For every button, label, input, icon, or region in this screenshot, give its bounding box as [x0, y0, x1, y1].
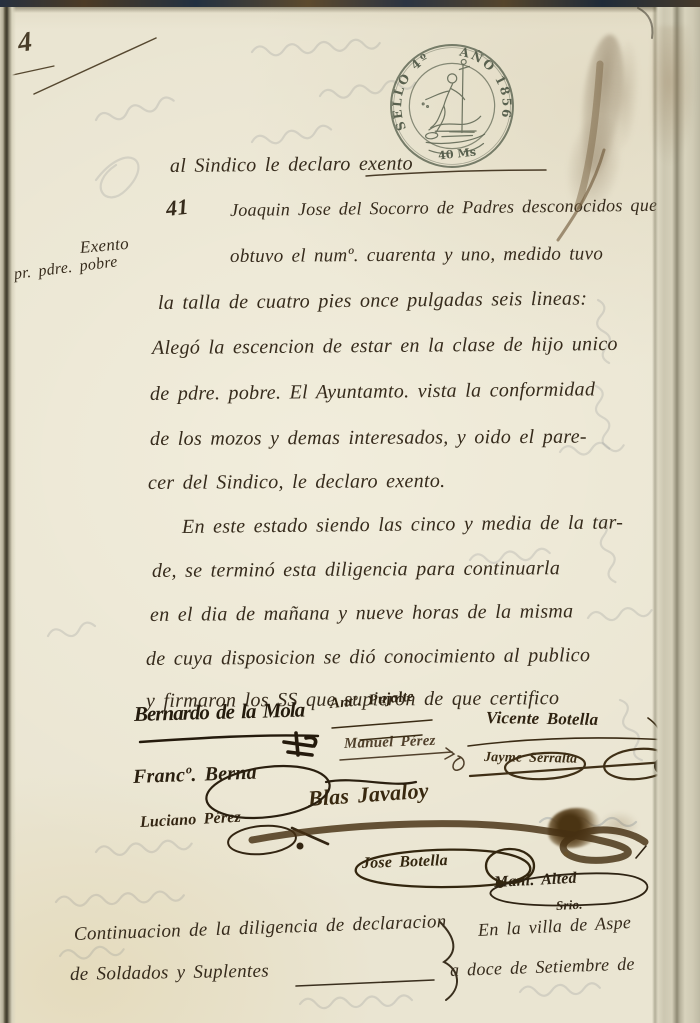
fore-edge-stain [652, 26, 696, 166]
manuscript-line: obtuvo el numº. cuarenta y uno, medido t… [230, 243, 603, 268]
stamp-inner-ring [405, 59, 499, 153]
manuscript-line: en el dia de mañana y nueve horas de la … [150, 600, 574, 627]
margin-draft-number: 41 [165, 194, 190, 222]
bleed-squiggle [47, 621, 96, 641]
signature-name: Jayme Serralta [484, 750, 578, 768]
page-number: 4 [16, 26, 35, 60]
bleed-squiggle [96, 158, 138, 198]
bleed-squiggle [587, 605, 652, 623]
footer-filler-dash [296, 980, 434, 986]
bleed-squiggle [615, 698, 646, 762]
signature-title: Srio. [556, 897, 583, 914]
manuscript-line: Joaquin Jose del Socorro de Padres desco… [230, 195, 658, 221]
ink-stain [600, 812, 638, 838]
signature-rubric-luciano [227, 823, 328, 857]
page-top-shadow [0, 7, 700, 13]
manuscript-line: la talla de cuatro pies once pulgadas se… [158, 288, 588, 315]
manuscript-page: SELLO 4º AÑO 1856 40 Ms [0, 0, 700, 1023]
manuscript-line: de los mozos y demas interesados, y oido… [150, 426, 587, 451]
bleed-squiggle [96, 839, 193, 857]
stamp-right-arc-text: AÑO 1856 [456, 39, 516, 125]
manuscript-line: En este estado siendo las cinco y media … [182, 511, 623, 539]
manuscript-line: de cuya disposicion se dió conocimiento … [146, 644, 590, 671]
signature-name: Manuel Pérez [344, 733, 436, 753]
signature-name: Jose Botella [362, 852, 448, 873]
page-number-slash [34, 38, 156, 94]
signature-rubric-javaloy [252, 824, 645, 861]
signature-name: Blas Javaloy [307, 778, 429, 812]
signature-name: Francº. Berna [133, 762, 258, 789]
manuscript-line: al Sindico le declaro exento [170, 152, 413, 178]
bleed-squiggle [251, 125, 332, 147]
signature-name: Manl. Alted [494, 870, 578, 892]
footer-date-line: a doce de Setiembre de [450, 954, 635, 981]
bleed-squiggle [252, 38, 380, 57]
bleed-squiggle [300, 995, 412, 1009]
ink-stain-spine [578, 64, 600, 206]
ink-stain [548, 808, 602, 848]
bleed-squiggle [56, 890, 184, 907]
signature-name: Luciano Pérez [140, 809, 242, 832]
signature-ink-blot [284, 733, 316, 755]
ink-stain-blob [608, 39, 642, 151]
bleed-squiggle [540, 818, 636, 826]
bleed-squiggle [59, 944, 124, 961]
footer-continuation-line1: Continuacion de la diligencia de declara… [74, 911, 447, 946]
svg-text:AÑO 1856: AÑO 1856 [456, 39, 516, 125]
signature-name: Vicente Botella [486, 708, 599, 730]
stamp-denomination-text: 40 Ms [437, 146, 476, 163]
margin-note-reason: pr. pdre. pobre [13, 253, 119, 284]
ink-stain-blob [574, 32, 631, 176]
bleed-squiggle [520, 983, 600, 997]
manuscript-line: de pdre. pobre. El Ayuntamto. vista la c… [150, 378, 595, 406]
signature-rubric-bernardo [140, 735, 318, 742]
manuscript-line: de, se terminó esta diligencia para cont… [152, 557, 560, 583]
bleed-squiggle [95, 96, 175, 125]
signature-name: Bernardo de la Mola [134, 698, 305, 727]
manuscript-line: cer del Sindico, le declaro exento. [148, 470, 446, 495]
binding-edge [0, 0, 16, 1023]
manuscript-line: Alegó la escencion de estar en la clase … [152, 333, 618, 360]
footer-place-line: En la villa de Aspe [477, 912, 631, 941]
scan-background-edge [0, 0, 700, 7]
footer-continuation-line2: de Soldados y Suplentes [70, 961, 269, 986]
